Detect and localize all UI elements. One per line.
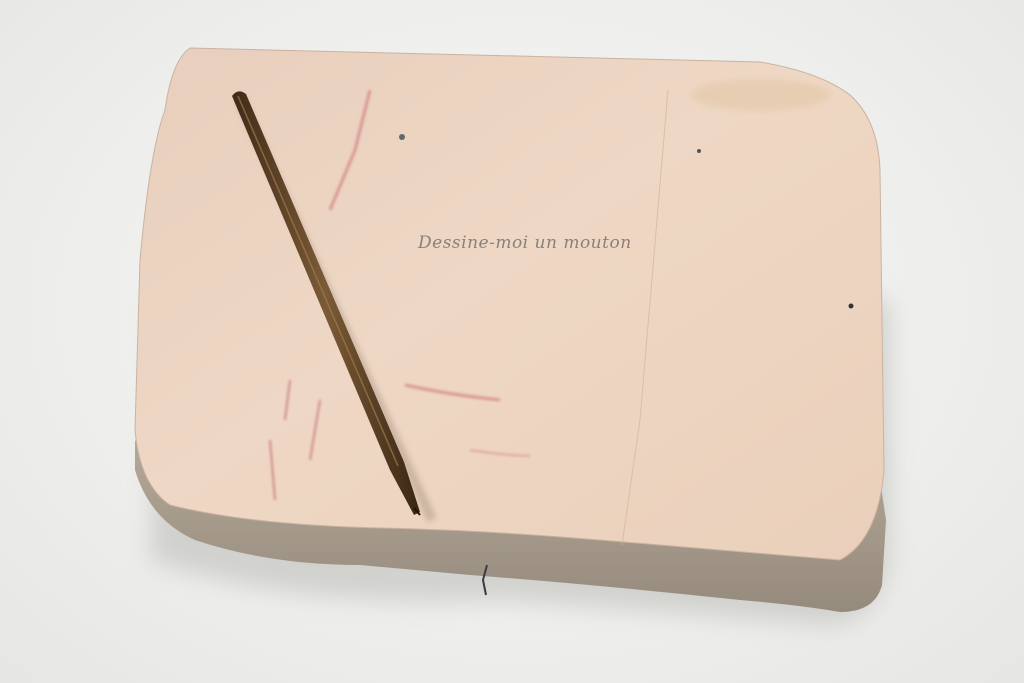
stone-slab (0, 0, 1024, 683)
photo-scene: Dessine-moi un mouton (0, 0, 1024, 683)
caption-text: Dessine-moi un mouton (418, 233, 632, 253)
